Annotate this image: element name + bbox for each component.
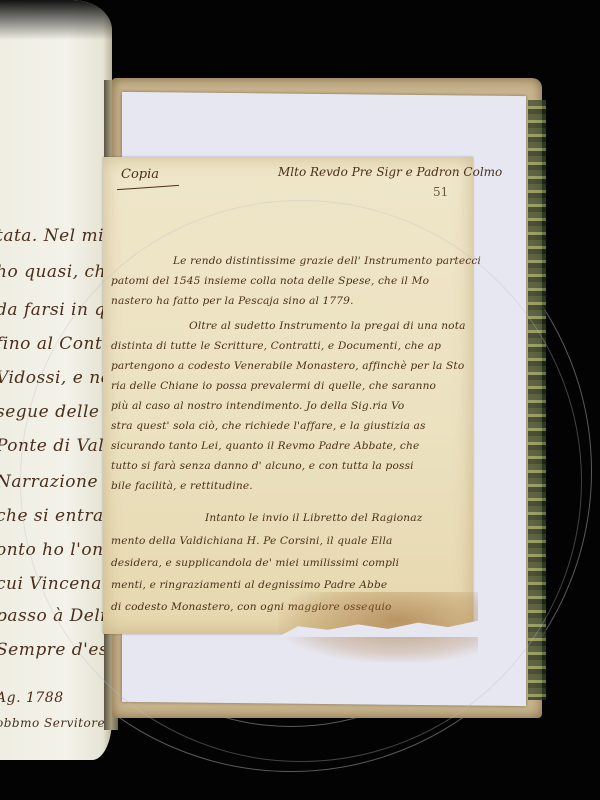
letter-line: più al caso al nostro intendimento. Jo d… xyxy=(111,400,404,412)
letter-line: Le rendo distintissime grazie dell' Inst… xyxy=(173,255,481,267)
letter-line: menti, e ringraziamenti al degnissimo Pa… xyxy=(111,579,387,591)
left-page-line: obbmo Servitore xyxy=(0,716,105,730)
letter-line: Oltre al sudetto Instrumento la pregai d… xyxy=(189,320,466,332)
left-page-line: Ponte di Valiano xyxy=(0,436,112,456)
marbled-cover-edge xyxy=(528,100,546,700)
left-page-line: Ag. 1788 xyxy=(0,690,64,706)
left-page-line: che si entrasse xyxy=(0,506,112,526)
left-page-line: fino al Contenuto xyxy=(0,334,112,354)
folio-number: 51 xyxy=(433,185,448,199)
left-book-page: tata. Nel mio Libretto ho quasi, che que… xyxy=(0,0,112,760)
handwritten-letter: Copia Mlto Revdo Pre Sigr e Padron Colmo… xyxy=(103,157,473,634)
heading-underline xyxy=(117,185,179,190)
letter-line: bile facilità, e rettitudine. xyxy=(111,480,253,492)
letter-salutation: Mlto Revdo Pre Sigr e Padron Colmo xyxy=(278,165,502,179)
letter-line: ria delle Chiane io possa prevalermi di … xyxy=(111,380,436,392)
page-top-shadow xyxy=(0,0,112,40)
letter-heading-copia: Copia xyxy=(121,167,159,182)
letter-line: patomi del 1545 insieme colla nota delle… xyxy=(111,275,429,287)
water-stain xyxy=(278,592,478,662)
letter-line: distinta di tutte le Scritture, Contratt… xyxy=(111,340,441,352)
photo-scene: tata. Nel mio Libretto ho quasi, che que… xyxy=(0,0,600,800)
left-page-line: Sempre d'esser xyxy=(0,640,112,660)
left-page-line: cui Vincenando xyxy=(0,574,112,594)
left-page-line: tata. Nel mio Libretto xyxy=(0,226,112,246)
letter-line: partengono a codesto Venerabile Monaster… xyxy=(111,360,464,372)
left-page-line: segue delle Scritt xyxy=(0,402,112,422)
letter-line: sicurando tanto Lei, quanto il Revmo Pad… xyxy=(111,440,419,452)
letter-line: stra quest' sola ciò, che richiede l'aff… xyxy=(111,420,426,432)
left-page-line: Vidossi, e non xyxy=(0,368,112,388)
left-page-line: ho quasi, che questo xyxy=(0,262,112,282)
letter-line: desidera, e supplicandola de' miei umili… xyxy=(111,557,399,569)
left-page-line: onto ho l'onore xyxy=(0,540,112,560)
letter-line: nastero ha fatto per la Pescaja sino al … xyxy=(111,295,354,307)
letter-line: tutto si farà senza danno d' alcuno, e c… xyxy=(111,460,414,472)
left-page-line: da farsi in ques xyxy=(0,300,112,320)
letter-line: mento della Valdichiana H. Pe Corsini, i… xyxy=(111,535,392,547)
left-page-line: passo à Deliziarmi xyxy=(0,606,112,626)
left-page-line: Narrazione sol par xyxy=(0,472,112,492)
letter-line: Intanto le invio il Libretto del Ragiona… xyxy=(205,512,422,524)
